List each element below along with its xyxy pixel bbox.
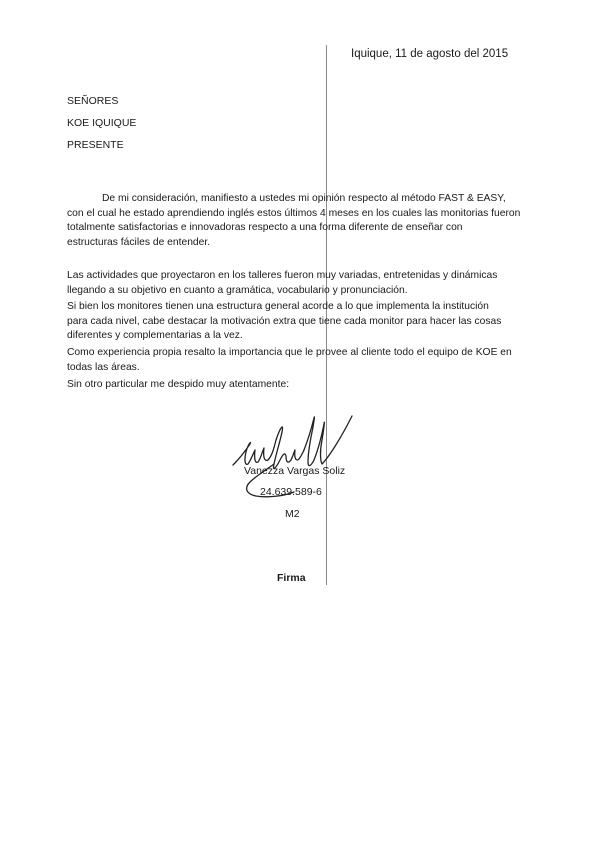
paragraph-line: para cada nivel, cabe destacar la motiva… [67, 315, 517, 330]
letter-page: Iquique, 11 de agosto del 2015 SEÑORES K… [0, 0, 601, 850]
paragraph-line: De mi consideración, manifiesto a ustede… [67, 192, 517, 207]
paragraph-line: Sin otro particular me despido muy atent… [67, 378, 517, 393]
paragraph-line: diferentes y complementarias a la vez. [67, 329, 517, 344]
signer-id-number: 24.639.589-6 [260, 486, 322, 498]
paragraph-line: Como experiencia propia resalto la impor… [67, 346, 517, 361]
signer-name: Vanezza Vargas Soliz [244, 465, 345, 477]
signer-level: M2 [285, 508, 300, 520]
addressee-line-2: KOE IQUIQUE [67, 117, 136, 129]
paragraph-line: Si bien los monitores tienen una estruct… [67, 300, 517, 315]
addressee-line-1: SEÑORES [67, 95, 118, 107]
paragraph-line: Las actividades que proyectaron en los t… [67, 269, 517, 284]
paragraph-line: todas las áreas. [67, 361, 517, 376]
paragraph-opinion: De mi consideración, manifiesto a ustede… [67, 192, 517, 250]
paragraph-monitors: Si bien los monitores tienen una estruct… [67, 300, 517, 344]
paragraph-line: llegando a su objetivo en cuanto a gramá… [67, 284, 517, 299]
paragraph-line: con el cual he estado aprendiendo inglés… [67, 207, 517, 222]
paragraph-activities: Las actividades que proyectaron en los t… [67, 269, 517, 298]
signature-label: Firma [277, 572, 306, 584]
paragraph-line: estructuras fáciles de entender. [67, 236, 517, 251]
date-line: Iquique, 11 de agosto del 2015 [351, 48, 508, 60]
addressee-line-3: PRESENTE [67, 139, 124, 151]
paragraph-line: totalmente satisfactorias e innovadoras … [67, 221, 517, 236]
paragraph-closing: Sin otro particular me despido muy atent… [67, 378, 517, 393]
paragraph-experience: Como experiencia propia resalto la impor… [67, 346, 517, 375]
